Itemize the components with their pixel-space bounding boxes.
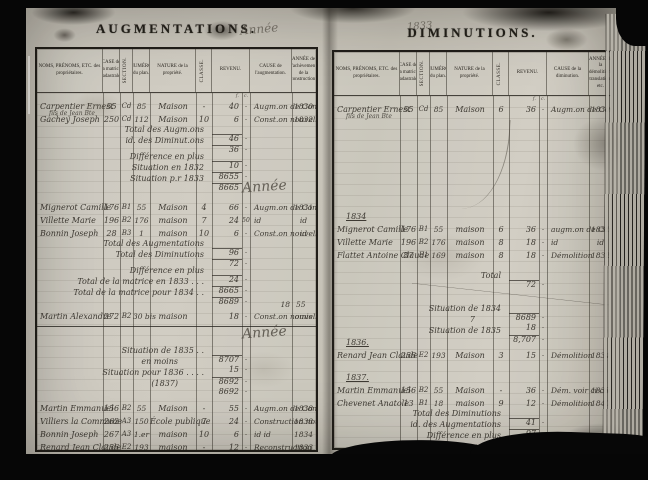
cell-annee: 1834: [292, 431, 315, 439]
diminutions-header-row: NOMS, PRÉNOMS, ETC. des propriétaires. C…: [334, 52, 611, 96]
col-header-cause: CAUSE de l'augmentation.: [250, 49, 292, 92]
ledger-row: [334, 362, 611, 373]
page-edge-stack: [602, 14, 645, 446]
cell-cause: Augm.on de Const.on: [547, 106, 589, 114]
cell-classe: 8: [493, 239, 509, 247]
cell-numero-plan: 193: [133, 444, 150, 450]
cell-annee: id: [292, 217, 315, 225]
cell-numero-plan: 112: [133, 116, 150, 124]
cell-cause: Dém. voir ci-contre: [547, 387, 589, 395]
cell-section: B1: [417, 226, 430, 233]
col-header-section: SECTION.: [120, 49, 133, 92]
cell-name: Situation p.r 1833: [37, 175, 212, 183]
cell-cause: id: [250, 217, 292, 225]
col-header-noms: NOMS, PRÉNOMS, ETC. des propriétaires.: [334, 52, 400, 95]
cell-nature: maison: [150, 444, 196, 451]
cell-numero-plan: 1.er: [133, 431, 150, 439]
cell-revenu: 36: [509, 106, 539, 114]
cell-name: id. des Diminut.ons: [37, 137, 212, 145]
cell-nature: maison: [150, 230, 196, 238]
ledger-row: Martin Emmanuel 156 B2 55 Maison - 36 - …: [334, 384, 611, 397]
cell-numero-plan: 193: [430, 352, 447, 360]
cell-nature: maison: [150, 217, 196, 225]
photo-border-top: [0, 0, 648, 8]
cell-name: Martin Emmanuel: [37, 405, 103, 413]
cell-nature: Maison: [150, 405, 196, 413]
cell-numero-plan: 169: [430, 252, 447, 260]
cell-name: en moins: [37, 358, 212, 366]
cell-cause: Const.on nouvelle: [250, 116, 292, 124]
cell-centimes: -: [242, 104, 250, 110]
cell-section: B2: [120, 313, 133, 320]
cell-cause: id id: [250, 431, 292, 439]
ledger-row: Martin Alexandre 272 B2 30 bis maison 18…: [37, 310, 316, 323]
ledger-row: 1836.: [334, 338, 611, 349]
cell-numero-plan: 176: [133, 217, 150, 225]
cell-section: B2: [120, 217, 133, 224]
cell-name: 1837.: [334, 374, 430, 382]
cell-revenu: 12: [212, 444, 242, 451]
cell-numero-plan: 55: [133, 405, 150, 413]
photo-border-bottom: [0, 454, 648, 480]
cell-name: Total des Augmentations: [37, 240, 212, 248]
scanned-ledger-photo: AUGMENTATIONS. Année 1833 DIMINUTIONS. N…: [0, 0, 648, 480]
cell-annee: 1830: [292, 103, 315, 111]
cell-classe: 10: [196, 116, 212, 124]
cell-name: Gachey Joseph: [37, 116, 103, 124]
cell-section: Cd: [120, 103, 133, 110]
cell-centimes: -: [539, 253, 547, 259]
cell-section: B2: [417, 387, 430, 394]
col-header-numero: NUMÉRO du plan.: [430, 52, 447, 95]
cell-cause: Construction nouvelle: [250, 418, 292, 426]
cell-classe: -: [196, 444, 212, 451]
cell-nature: Maison: [447, 352, 493, 360]
cell-name: Mignerot Camille: [334, 226, 400, 234]
cell-cause: Reconstruction: [250, 444, 292, 450]
cell-annee: 1831: [292, 204, 315, 212]
cell-name: Martin Alexandre: [37, 313, 103, 321]
cell-revenu: f.: [509, 97, 539, 102]
cell-nature: maison: [150, 431, 196, 439]
cell-centimes: c.: [539, 97, 547, 102]
cell-name: Villette Marie: [37, 217, 103, 225]
cell-name: Renard Jean Claude: [334, 352, 400, 360]
cell-centimes: 50: [242, 218, 250, 224]
diminutions-table: NOMS, PRÉNOMS, ETC. des propriétaires. C…: [332, 50, 613, 450]
cell-cause: Const.on nouvelle en 1836: [250, 313, 292, 321]
augmentations-rows: f. c. Carpentier Ernestfils de Jean Bte …: [37, 93, 316, 450]
cell-annee: 55: [292, 301, 315, 309]
ledger-row: id. des Diminut.ons 36 -: [37, 137, 316, 148]
ledger-row: Année: [37, 186, 316, 201]
ledger-row: Bonnin Joseph 267 A3 1.er maison 10 6 - …: [37, 428, 316, 441]
cell-centimes: -: [242, 205, 250, 211]
cell-nature: maison: [150, 313, 196, 321]
ledger-row: [37, 391, 316, 402]
cell-name: Total de la matrice pour 1834 . .: [37, 289, 212, 297]
ledger-row: Villette Marie 196 B2 176 maison 8 18 - …: [334, 236, 611, 249]
ledger-row: f. c.: [334, 96, 611, 103]
cell-cause: Augm.on de Const.on: [250, 103, 292, 111]
cell-cause: Augm.on de Const.on &c.: [250, 405, 292, 413]
cell-numero-plan: 1: [133, 230, 150, 238]
cell-name: Situation pour 1836 . . . .: [37, 369, 212, 377]
cell-classe: 9: [493, 400, 509, 408]
cell-section: Cd: [417, 106, 430, 113]
cell-section: B1: [417, 400, 430, 407]
cell-nature: maison: [447, 239, 493, 247]
cell-classe: 7: [196, 217, 212, 225]
ledger-row: Carpentier Ernestfils de Jean Bte 55 Cd …: [37, 100, 316, 113]
cell-numero-plan: 55: [133, 204, 150, 212]
cell-name: Total: [334, 272, 509, 280]
cell-revenu: 24: [212, 217, 242, 225]
cell-name: Différence en plus: [37, 267, 212, 275]
diminutions-rows: f. c. Carpentier Ernestfils de Jean Bte …: [334, 96, 611, 448]
cell-revenu: 40: [212, 103, 242, 111]
col-header-section: SECTION.: [417, 52, 430, 95]
cell-name: id. des Augmentations: [334, 421, 509, 429]
cell-section: B1: [120, 204, 133, 211]
cell-numero-plan: 18: [430, 400, 447, 408]
cell-cause: augm.on de Const.on: [547, 226, 589, 234]
col-header-cause: CAUSE de la diminution.: [547, 52, 589, 95]
cell-revenu: 6: [212, 230, 242, 238]
cell-annee: 1833: [292, 444, 315, 450]
cell-classe: 6: [493, 226, 509, 234]
ledger-row: [334, 116, 611, 212]
ledger-row: Mignerot Camille 176 B1 55 maison 6 36 -…: [334, 223, 611, 236]
cell-classe: 6: [493, 106, 509, 114]
cell-name: Total des Diminutions: [37, 251, 212, 259]
cell-nature: maison: [447, 226, 493, 234]
cell-name: 7: [334, 316, 509, 324]
cell-name: Situation de 1834: [334, 305, 509, 313]
cell-centimes: -: [539, 240, 547, 246]
cell-section: Cd: [120, 116, 133, 123]
col-header-noms: NOMS, PRÉNOMS, ETC. des propriétaires.: [37, 49, 103, 92]
cell-name: Flattet Antoine Claude: [334, 252, 400, 260]
cell-numero-plan: 85: [133, 103, 150, 111]
cell-nature: Maison: [447, 387, 493, 395]
cell-revenu: 24: [212, 418, 242, 426]
cell-numero-plan: 55: [430, 387, 447, 395]
cell-classe: -: [493, 387, 509, 395]
cell-annee: 1838: [292, 405, 315, 413]
cell-centimes: -: [242, 432, 250, 438]
cell-revenu: 6: [212, 116, 242, 124]
ledger-row: [334, 262, 611, 272]
photo-border-left: [0, 0, 26, 480]
cell-nature: École publique: [150, 418, 196, 426]
cell-numero-plan: 85: [430, 106, 447, 114]
cell-centimes: -: [242, 406, 250, 412]
cell-name: Situation de 1835: [334, 327, 509, 335]
ledger-row: Renard Jean Claude 258 E2 193 Maison 3 1…: [334, 349, 611, 362]
cell-name: 1834: [334, 213, 430, 221]
cell-name: Total des Augm.ons: [37, 126, 212, 134]
cell-classe: 10: [196, 431, 212, 439]
cell-name: Mignerot Camille: [37, 204, 103, 212]
cell-revenu: 15: [509, 352, 539, 360]
ledger-row: Villiers la Commune 262 A3 150 École pub…: [37, 415, 316, 428]
cell-cause: Démolition: [547, 352, 589, 360]
ledger-row: f. c.: [37, 93, 316, 100]
cell-case-matrice: 28: [103, 230, 120, 238]
cell-name: Situation en 1832: [37, 164, 212, 172]
cell-revenu: 18: [509, 239, 539, 247]
cell-centimes: -: [539, 353, 547, 359]
cell-name: Chevenet Anatole: [334, 400, 400, 408]
cell-name: Situation de 1835 . .: [37, 347, 212, 355]
cell-centimes: -: [539, 107, 547, 113]
page-edge-highlight: [28, 56, 30, 114]
cell-classe: 3: [493, 352, 509, 360]
col-header-nature: NATURE de la propriété.: [447, 52, 493, 95]
ledger-row: Renard Jean Claude 256 E2 193 maison - 1…: [37, 441, 316, 450]
augmentations-header-row: NOMS, PRÉNOMS, ETC. des propriétaires. C…: [37, 49, 316, 93]
cell-name: Renard Jean Claude: [37, 444, 103, 451]
cell-nature: Maison: [150, 204, 196, 212]
ledger-row: Flattet Antoine Claude 87 E1 169 maison …: [334, 249, 611, 262]
ledger-row: 1834: [334, 212, 611, 223]
cell-numero-plan: 150: [133, 418, 150, 426]
cell-cause: 18: [250, 301, 292, 309]
ledger-row: Année: [37, 332, 316, 347]
cell-centimes: c.: [242, 94, 250, 99]
ledger-row: 1837.: [334, 373, 611, 384]
cell-case-matrice: 250: [103, 116, 120, 124]
cell-revenu: 18: [212, 313, 242, 321]
cell-name: Total des Diminutions: [334, 410, 509, 418]
ledger-row: Mignerot Camille 176 B1 55 Maison 4 66 -…: [37, 201, 316, 214]
cell-name: Carpentier Ernestfils de Jean Bte: [37, 103, 103, 111]
cell-name: Villiers la Commune: [37, 418, 103, 426]
cell-section: A3: [120, 431, 133, 438]
cell-centimes: -: [539, 401, 547, 407]
cell-centimes: -: [242, 445, 250, 451]
cell-annee: id: [292, 230, 315, 238]
cell-name: Total de la matrice en 1833 . . .: [37, 278, 212, 286]
cell-classe: 7: [196, 418, 212, 426]
cell-section: B2: [417, 239, 430, 246]
cell-centimes: -: [539, 227, 547, 233]
cell-case-matrice: 267: [103, 431, 120, 439]
cell-classe: 10: [196, 230, 212, 238]
cell-revenu: 36: [509, 387, 539, 395]
cell-centimes: -: [242, 419, 250, 425]
cell-classe: 8: [493, 252, 509, 260]
cell-classe: 4: [196, 204, 212, 212]
cell-nature: Maison: [150, 103, 196, 111]
cell-revenu: 6: [212, 431, 242, 439]
cell-section: E2: [417, 352, 430, 359]
cell-annee: 1838: [292, 418, 315, 426]
cell-cause: Démolition: [547, 400, 589, 408]
col-header-case: CASE de la matrice cadastrale.: [400, 52, 417, 95]
cell-cause: Augm.on de Const.on: [250, 204, 292, 212]
cell-section: B3: [120, 230, 133, 237]
cell-centimes: -: [242, 117, 250, 123]
cell-revenu: 36: [509, 226, 539, 234]
cell-revenu: 18: [509, 252, 539, 260]
augmentations-table: NOMS, PRÉNOMS, ETC. des propriétaires. C…: [35, 47, 318, 452]
cell-classe: -: [196, 103, 212, 111]
ledger-book-pages: AUGMENTATIONS. Année 1833 DIMINUTIONS. N…: [26, 8, 620, 460]
cell-nature: Maison: [150, 116, 196, 124]
cell-revenu: 66: [212, 204, 242, 212]
ledger-row: Total 72 -: [334, 272, 611, 283]
cell-centimes: -: [242, 314, 250, 320]
cell-name: Différence en plus: [37, 153, 212, 161]
cell-revenu: f.: [212, 94, 242, 99]
cell-name: (1837): [37, 380, 212, 388]
cell-name: Martin Emmanuel: [334, 387, 400, 395]
col-header-revenu: REVENU.: [509, 52, 547, 95]
cell-nature: maison: [447, 252, 493, 260]
cell-revenu: 12: [509, 400, 539, 408]
cell-section: E2: [120, 444, 133, 450]
col-header-annee: ANNÉE de l'achèvement de la construction…: [292, 49, 315, 92]
col-header-revenu: REVENU.: [212, 49, 250, 92]
cell-numero-plan: 30 bis: [133, 313, 150, 321]
page-title-diminutions: DIMINUTIONS.: [332, 25, 613, 41]
ledger-row: Martin Emmanuel 156 B2 55 Maison - 55 - …: [37, 402, 316, 415]
cell-numero-plan: 176: [430, 239, 447, 247]
cell-name: Bonnin Joseph: [37, 230, 103, 238]
cell-name: Bonnin Joseph: [37, 431, 103, 439]
cell-name: Villette Marie: [334, 239, 400, 247]
cell-name: Différence en plus: [334, 432, 509, 440]
cell-case-matrice: 196: [103, 217, 120, 225]
cell-name: Carpentier Ernestfils de Jean Bte: [334, 106, 400, 114]
cell-cause: id: [547, 239, 589, 247]
cell-annee: omis: [292, 313, 315, 321]
cell-name: 1836.: [334, 339, 430, 347]
ledger-row: Villette Marie 196 B2 176 maison 7 24 50…: [37, 214, 316, 227]
col-header-classe: CLASSE.: [493, 52, 509, 95]
ledger-row: (1837) 8692 -: [37, 380, 316, 391]
cell-section: B2: [120, 405, 133, 412]
cell-cause: Démolition: [547, 252, 589, 260]
cell-nature: maison: [447, 400, 493, 408]
cell-classe: -: [196, 405, 212, 413]
cell-cause: Const.on nouvelle: [250, 230, 292, 238]
ledger-row: Carpentier Ernestfils de Jean Bte 55 Cd …: [334, 103, 611, 116]
col-header-classe: CLASSE.: [196, 49, 212, 92]
cell-nature: Maison: [447, 106, 493, 114]
cell-annee: 1832: [292, 116, 315, 124]
col-header-numero: NUMÉRO du plan.: [133, 49, 150, 92]
ledger-row: Total des Diminutions 72 -: [37, 251, 316, 262]
cell-centimes: -: [539, 388, 547, 394]
cell-case-matrice: 196: [400, 239, 417, 247]
col-header-nature: NATURE de la propriété.: [150, 49, 196, 92]
ledger-row: [334, 283, 611, 305]
ledger-row: 18 55: [37, 300, 316, 310]
cell-centimes: -: [242, 231, 250, 237]
cell-numero-plan: 55: [430, 226, 447, 234]
col-header-case: CASE de la matrice cadastrale.: [103, 49, 120, 92]
ledger-row: Situation de 1835 8,707 -: [334, 327, 611, 338]
ledger-row: Total de la matrice pour 1834 . . 8689 -: [37, 289, 316, 300]
cell-revenu: 55: [212, 405, 242, 413]
